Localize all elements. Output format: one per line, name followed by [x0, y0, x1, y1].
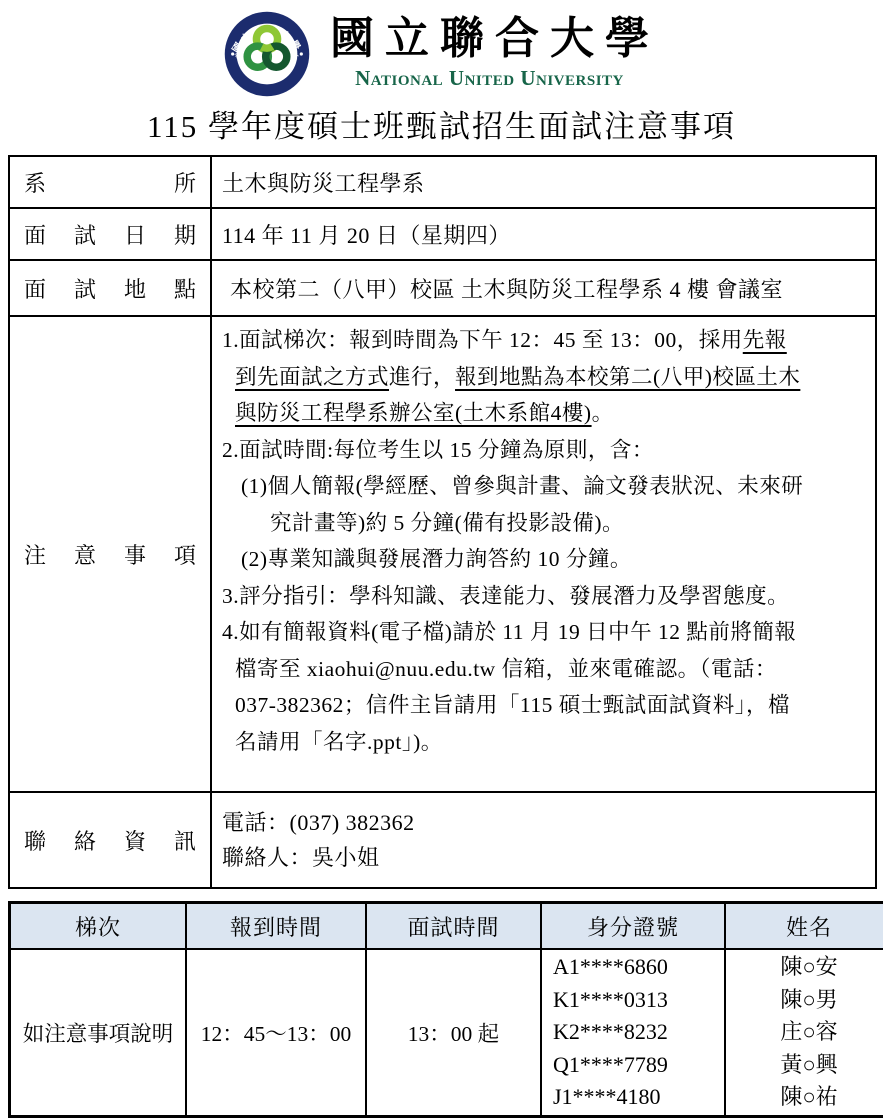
- id-number-list: A1****6860K1****0313K2****8232Q1****7789…: [543, 951, 723, 1114]
- contact-content: 電話：(037) 382362聯絡人：吳小姐: [211, 792, 876, 888]
- name-item: 陳○安: [727, 951, 883, 984]
- notes-line: 4.如有簡報資料(電子檔)請於 11 月 19 日中午 12 點前將簡報: [222, 614, 869, 651]
- contact-line: 電話：(037) 382362: [222, 805, 874, 840]
- schedule-table: 梯次 報到時間 面試時間 身分證號 姓名 如注意事項說明 12：45～13：00…: [8, 901, 883, 1118]
- name-item: 陳○男: [727, 984, 883, 1017]
- university-name-english: National United University: [355, 66, 624, 90]
- location-value: 本校第二（八甲）校區 土木與防災工程學系 4 樓 會議室: [211, 260, 876, 316]
- contact-line: 聯絡人：吳小姐: [222, 840, 874, 875]
- contact-label-cell: 聯絡資訊: [9, 792, 211, 888]
- notes-line: 到先面試之方式進行，報到地點為本校第二(八甲)校區土木: [222, 359, 869, 396]
- session-value: 如注意事項說明: [10, 949, 187, 1116]
- department-label: 系所: [24, 167, 196, 198]
- column-header-interview-time: 面試時間: [366, 903, 541, 950]
- department-value: 土木與防災工程學系: [211, 156, 876, 208]
- table-row-interview-date: 面試日期 114 年 11 月 20 日（星期四）: [9, 208, 876, 260]
- date-label: 面試日期: [24, 219, 196, 250]
- notes-line: 與防災工程學系辦公室(土木系館4樓)。: [222, 395, 869, 432]
- university-name-block: 國立聯合大學 National United University: [319, 10, 660, 90]
- schedule-data-row: 如注意事項說明 12：45～13：00 13：00 起 A1****6860K1…: [10, 949, 883, 1116]
- table-row-department: 系所 土木與防災工程學系: [9, 156, 876, 208]
- nuu-emblem-icon: 國立聯合大學 NATIONAL UNITED UNIVERSITY: [223, 10, 311, 98]
- notes-label-cell: 注意事項: [9, 316, 211, 792]
- notes-line: 檔寄至 xiaohui@nuu.edu.tw 信箱，並來電確認。（電話：: [222, 651, 869, 688]
- notes-line: 究計畫等)約 5 分鐘(備有投影設備)。: [222, 505, 869, 542]
- name-item: 陳○祐: [727, 1081, 883, 1114]
- name-item: 黃○興: [727, 1049, 883, 1082]
- column-header-checkin-time: 報到時間: [186, 903, 366, 950]
- location-label-cell: 面試地點: [9, 260, 211, 316]
- notes-line: 名請用「名字.ppt」)。: [222, 724, 869, 761]
- name-item: 庄○容: [727, 1016, 883, 1049]
- university-logo: 國立聯合大學 NATIONAL UNITED UNIVERSITY 國立聯合大學…: [0, 10, 883, 100]
- date-label-cell: 面試日期: [9, 208, 211, 260]
- notes-line: 1.面試梯次：報到時間為下午 12：45 至 13：00，採用先報: [222, 322, 869, 359]
- notes-line: 037-382362；信件主旨請用「115 碩士甄試面試資料」，檔: [222, 687, 869, 724]
- column-header-id-number: 身分證號: [541, 903, 725, 950]
- schedule-header-row: 梯次 報到時間 面試時間 身分證號 姓名: [10, 903, 883, 950]
- notes-line: (2)專業知識與發展潛力詢答約 10 分鐘。: [222, 541, 869, 578]
- location-label: 面試地點: [24, 273, 196, 304]
- page-title: 115 學年度碩士班甄試招生面試注意事項: [0, 105, 883, 149]
- column-header-name: 姓名: [725, 903, 883, 950]
- table-row-interview-location: 面試地點 本校第二（八甲）校區 土木與防災工程學系 4 樓 會議室: [9, 260, 876, 316]
- document-page: 國立聯合大學 NATIONAL UNITED UNIVERSITY 國立聯合大學…: [0, 0, 883, 1118]
- notes-content: 1.面試梯次：報到時間為下午 12：45 至 13：00，採用先報到先面試之方式…: [211, 316, 876, 792]
- info-table: 系所 土木與防災工程學系 面試日期 114 年 11 月 20 日（星期四） 面…: [8, 155, 877, 889]
- column-header-session: 梯次: [10, 903, 187, 950]
- notes-line: (1)個人簡報(學經歷、曾參與計畫、論文發表狀況、未來研: [222, 468, 869, 505]
- id-number-item: K1****0313: [553, 984, 723, 1017]
- id-number-item: Q1****7789: [553, 1049, 723, 1082]
- id-number-cell: A1****6860K1****0313K2****8232Q1****7789…: [541, 949, 725, 1116]
- table-row-notes: 注意事項 1.面試梯次：報到時間為下午 12：45 至 13：00，採用先報到先…: [9, 316, 876, 792]
- notes-line: 2.面試時間:每位考生以 15 分鐘為原則，含：: [222, 432, 869, 469]
- id-number-item: A1****6860: [553, 951, 723, 984]
- contact-label: 聯絡資訊: [24, 825, 196, 856]
- notes-line: 3.評分指引：學科知識、表達能力、發展潛力及學習態度。: [222, 578, 869, 615]
- date-value: 114 年 11 月 20 日（星期四）: [211, 208, 876, 260]
- department-label-cell: 系所: [9, 156, 211, 208]
- name-list: 陳○安陳○男庄○容黃○興陳○祐: [727, 951, 883, 1114]
- table-row-contact: 聯絡資訊 電話：(037) 382362聯絡人：吳小姐: [9, 792, 876, 888]
- university-name-chinese: 國立聯合大學: [319, 10, 660, 68]
- interview-time-value: 13：00 起: [366, 949, 541, 1116]
- id-number-item: K2****8232: [553, 1016, 723, 1049]
- id-number-item: J1****4180: [553, 1081, 723, 1114]
- notes-label: 注意事項: [24, 539, 196, 570]
- name-cell: 陳○安陳○男庄○容黃○興陳○祐: [725, 949, 883, 1116]
- checkin-time-value: 12：45～13：00: [186, 949, 366, 1116]
